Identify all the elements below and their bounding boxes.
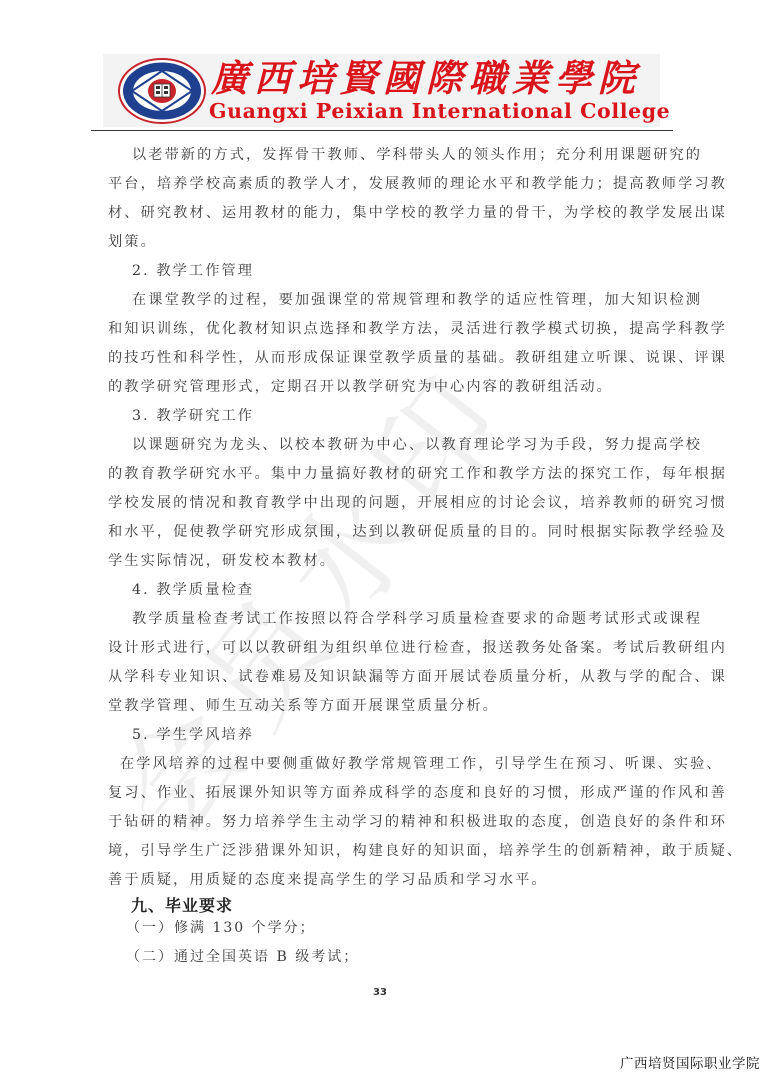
section-teaching-management: 2. 教学工作管理 在课堂教学的过程，要加强课堂的常规管理和教学的适应性管理，加…	[108, 257, 670, 402]
requirement-item: （二）通过全国英语 B 级考试；	[126, 946, 359, 966]
text-line: 设计形式进行，可以以教研组为组织单位进行检查，报送教务处备案。考试后教研组内	[108, 634, 670, 663]
text-line: 以课题研究为龙头、以校本教研为中心、以教育理论学习为手段，努力提高学校	[108, 431, 670, 460]
text-line: 境，引导学生广泛涉猎课外知识，构建良好的知识面，培养学生的创新精神，敢于质疑、	[108, 837, 670, 866]
section-quality-inspection: 4. 教学质量检查 教学质量检查考试工作按照以符合学科学习质量检查要求的命题考试…	[108, 576, 670, 721]
text-line: 在课堂教学的过程，要加强课堂的常规管理和教学的适应性管理，加大知识检测	[108, 286, 670, 315]
requirement-item: （一）修满 130 个学分；	[126, 917, 316, 937]
text-line: 善于质疑，用质疑的态度来提高学生的学习品质和学习水平。	[108, 866, 670, 895]
college-emblem-icon	[117, 57, 207, 125]
section-teaching-research: 3. 教学研究工作 以课题研究为龙头、以校本教研为中心、以教育理论学习为手段，努…	[108, 402, 670, 576]
text-line: 在学风培养的过程中要侧重做好教学常规管理工作，引导学生在预习、听课、实验、	[108, 750, 670, 779]
text-line: 和水平，促使教学研究形成氛围，达到以教研促质量的目的。同时根据实际教学经验及	[108, 518, 670, 547]
text-line: 以老带新的方式，发挥骨干教师、学科带头人的领头作用；充分利用课题研究的	[108, 141, 670, 170]
header-banner: 廣西培賢國際職業學院 Guangxi Peixian International…	[103, 54, 660, 127]
text-line: 材、研究教材、运用教材的能力，集中学校的教学力量的骨干，为学校的教学发展出谋	[108, 199, 670, 228]
text-line: 堂教学管理、师生互动关系等方面开展课堂质量分析。	[108, 692, 670, 721]
document-page: 廣西培賢國際職業學院 Guangxi Peixian International…	[0, 0, 764, 1080]
page-number: 33	[373, 987, 387, 998]
section-heading: 2. 教学工作管理	[108, 257, 670, 286]
section-heading: 3. 教学研究工作	[108, 402, 670, 431]
text-line: 教学质量检查考试工作按照以符合学科学习质量检查要求的命题考试形式或课程	[108, 605, 670, 634]
intro-paragraph: 以老带新的方式，发挥骨干教师、学科带头人的领头作用；充分利用课题研究的 平台，培…	[108, 141, 670, 257]
section-study-style: 5. 学生学风培养 在学风培养的过程中要侧重做好教学常规管理工作，引导学生在预习…	[108, 721, 670, 895]
text-line: 的技巧性和科学性，从而形成保证课堂教学质量的基础。教研组建立听课、说课、评课	[108, 344, 670, 373]
text-line: 学校发展的情况和教育教学中出现的问题，开展相应的讨论会议，培养教师的研究习惯	[108, 489, 670, 518]
section-heading: 4. 教学质量检查	[108, 576, 670, 605]
text-line: 复习、作业、拓展课外知识等方面养成科学的态度和良好的习惯，形成严谨的作风和善	[108, 779, 670, 808]
text-line: 和知识训练，优化教材知识点选择和教学方法，灵活进行教学模式切换，提高学科教学	[108, 315, 670, 344]
section-heading: 5. 学生学风培养	[108, 721, 670, 750]
text-line: 的教学研究管理形式，定期召开以教学研究为中心内容的教研组活动。	[108, 373, 670, 402]
text-line: 于钻研的精神。努力培养学生主动学习的精神和积极进取的态度，创造良好的条件和环	[108, 808, 670, 837]
body-content: 以老带新的方式，发挥骨干教师、学科带头人的领头作用；充分利用课题研究的 平台，培…	[108, 141, 670, 895]
college-name-english: Guangxi Peixian International College	[209, 99, 670, 123]
footer-brand: 广西培贤国际职业学院	[620, 1052, 760, 1072]
text-line: 的教育教学研究水平。集中力量搞好教材的研究工作和教学方法的探究工作，每年根据	[108, 460, 670, 489]
college-name-chinese: 廣西培賢國際職業學院	[211, 56, 656, 100]
text-line: 从学科专业知识、试卷难易及知识缺漏等方面开展试卷质量分析，从教与学的配合、课	[108, 663, 670, 692]
text-line: 平台，培养学校高素质的教学人才，发展教师的理论水平和教学能力；提高教师学习教	[108, 170, 670, 199]
header-divider	[91, 130, 673, 131]
text-line: 学生实际情况，研发校本教材。	[108, 547, 670, 576]
text-line: 划策。	[108, 228, 670, 257]
graduation-requirements-heading: 九、毕业要求	[131, 893, 233, 916]
